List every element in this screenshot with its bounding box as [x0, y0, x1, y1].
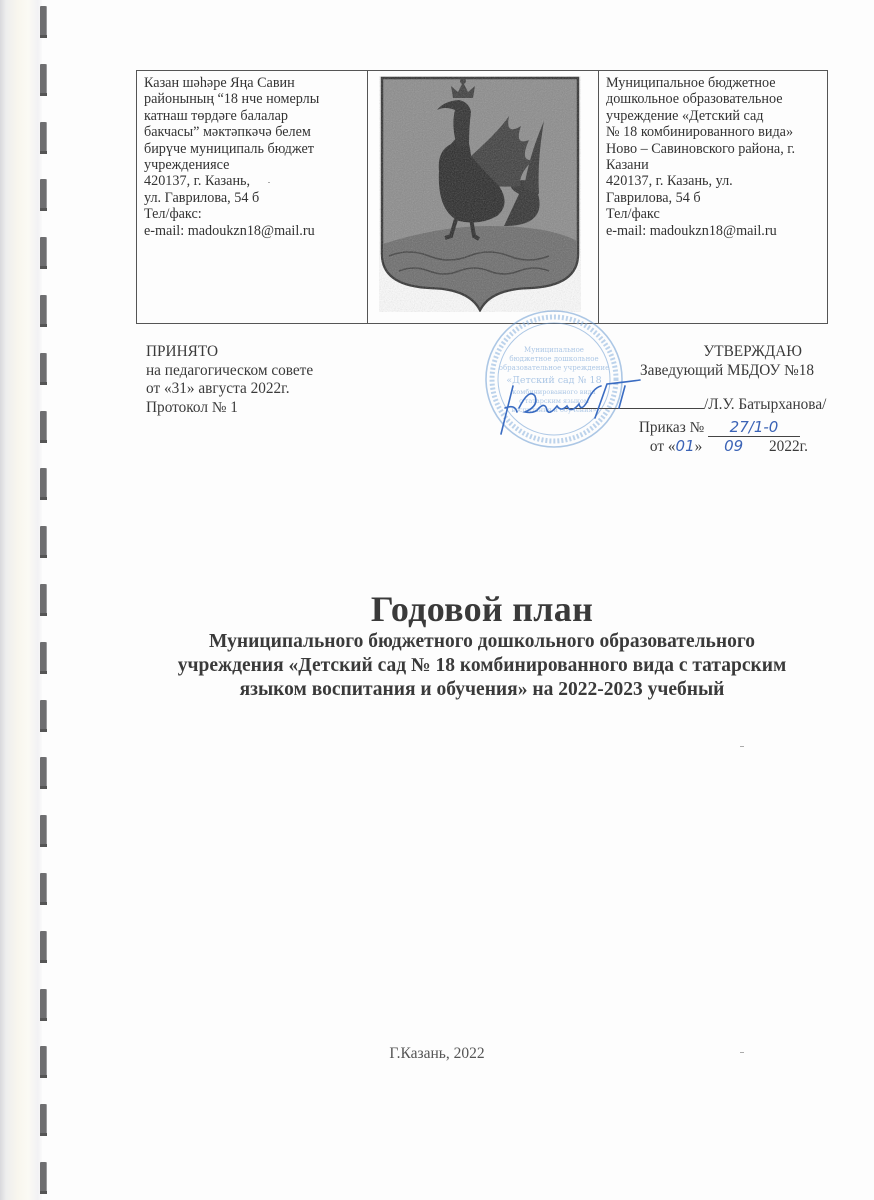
document-title: Годовой план	[100, 588, 864, 630]
accepted-block: ПРИНЯТО на педагогическом совете от «31»…	[146, 343, 313, 417]
binding-hole	[40, 700, 46, 730]
right-cell-line: Муниципальное бюджетное	[606, 75, 821, 91]
order-number: 27/1-0	[708, 418, 800, 438]
binding-hole	[40, 353, 46, 383]
binding-hole	[40, 584, 46, 614]
document-subtitle-line: учреждения «Детский сад № 18 комбинирова…	[100, 654, 864, 678]
left-cell-line: учреждениясе	[144, 157, 361, 173]
binding-hole	[40, 815, 46, 845]
handwritten-signature-icon	[495, 378, 665, 438]
signatory-name: /Л.У. Батырханова/	[704, 396, 826, 413]
date-month: 09	[724, 437, 743, 455]
right-cell-email: e-mail: madoukzn18@mail.ru	[606, 223, 821, 239]
binding-hole	[40, 122, 46, 152]
binding-hole	[40, 526, 46, 556]
date-year: 2022г.	[769, 438, 808, 455]
binding-spine	[0, 0, 42, 1200]
binding-hole	[40, 642, 46, 672]
right-cell-line: Гаврилова, 54 б	[606, 190, 821, 206]
binding-hole	[40, 179, 46, 209]
order-date-row: от «01» 09 2022г.	[564, 437, 814, 457]
left-cell-line: ул. Гаврилова, 54 б	[144, 190, 361, 206]
binding-hole	[40, 411, 46, 441]
right-cell-line: Казани	[606, 157, 821, 173]
binding-hole	[40, 1162, 46, 1192]
accepted-protocol: Протокол № 1	[146, 399, 313, 418]
right-cell-line: Тел/факс	[606, 206, 821, 222]
header-right-cell: Муниципальное бюджетное дошкольное образ…	[598, 71, 827, 323]
binding-hole	[40, 295, 46, 325]
binding-hole	[40, 757, 46, 787]
date-suffix: »	[695, 438, 703, 455]
header-table: Казан шәһәре Яңа Савин районының “18 нче…	[136, 70, 828, 324]
binding-hole	[40, 64, 46, 94]
binding-hole	[40, 931, 46, 961]
left-cell-line: 420137, г. Казань,	[144, 173, 361, 189]
header-left-cell: Казан шәһәре Яңа Савин районының “18 нче…	[137, 71, 367, 323]
scan-speck	[740, 1052, 744, 1053]
date-day: 01	[676, 437, 695, 455]
city-year: Г.Казань, 2022	[0, 1045, 874, 1063]
right-cell-line: 420137, г. Казань, ул.	[606, 173, 821, 189]
left-cell-line: бакчасы” мәктәпкәчә белем	[144, 124, 361, 140]
binding-hole	[40, 237, 46, 267]
left-cell-line: катнаш төрдәге балалар	[144, 108, 361, 124]
binding-hole	[40, 873, 46, 903]
right-cell-line: учреждение «Детский сад	[606, 108, 821, 124]
scan-speck	[268, 182, 270, 183]
date-prefix: от «	[650, 438, 676, 455]
scan-speck	[740, 746, 744, 747]
right-cell-line: № 18 комбинированного вида»	[606, 124, 821, 140]
binding-hole	[40, 6, 46, 36]
accepted-title: ПРИНЯТО	[146, 343, 313, 362]
document-subtitle-line: Муниципального бюджетного дошкольного об…	[100, 630, 864, 654]
document-subtitle-line: языком воспитания и обучения» на 2022-20…	[100, 678, 864, 702]
left-cell-email: e-mail: madoukzn18@mail.ru	[144, 223, 361, 239]
left-cell-line: Тел/факс:	[144, 206, 361, 222]
approved-title: УТВЕРЖДАЮ	[564, 343, 814, 362]
left-cell-line: бирүче муниципаль бюджет	[144, 141, 361, 157]
kazan-coat-of-arms-dragon-icon	[379, 76, 581, 312]
accepted-council: на педагогическом совете	[146, 362, 313, 381]
document-title-block: Годовой план Муниципального бюджетного д…	[100, 588, 864, 702]
binding-hole	[40, 1104, 46, 1134]
left-cell-line: районының “18 нче номерлы	[144, 91, 361, 107]
left-cell-line: Казан шәһәре Яңа Савин	[144, 75, 361, 91]
accepted-date: от «31» августа 2022г.	[146, 380, 313, 399]
right-cell-line: Ново – Савиновского района, г.	[606, 141, 821, 157]
header-emblem-cell	[367, 71, 598, 323]
right-cell-line: дошкольное образовательное	[606, 91, 821, 107]
binding-hole	[40, 989, 46, 1019]
binding-hole	[40, 468, 46, 498]
